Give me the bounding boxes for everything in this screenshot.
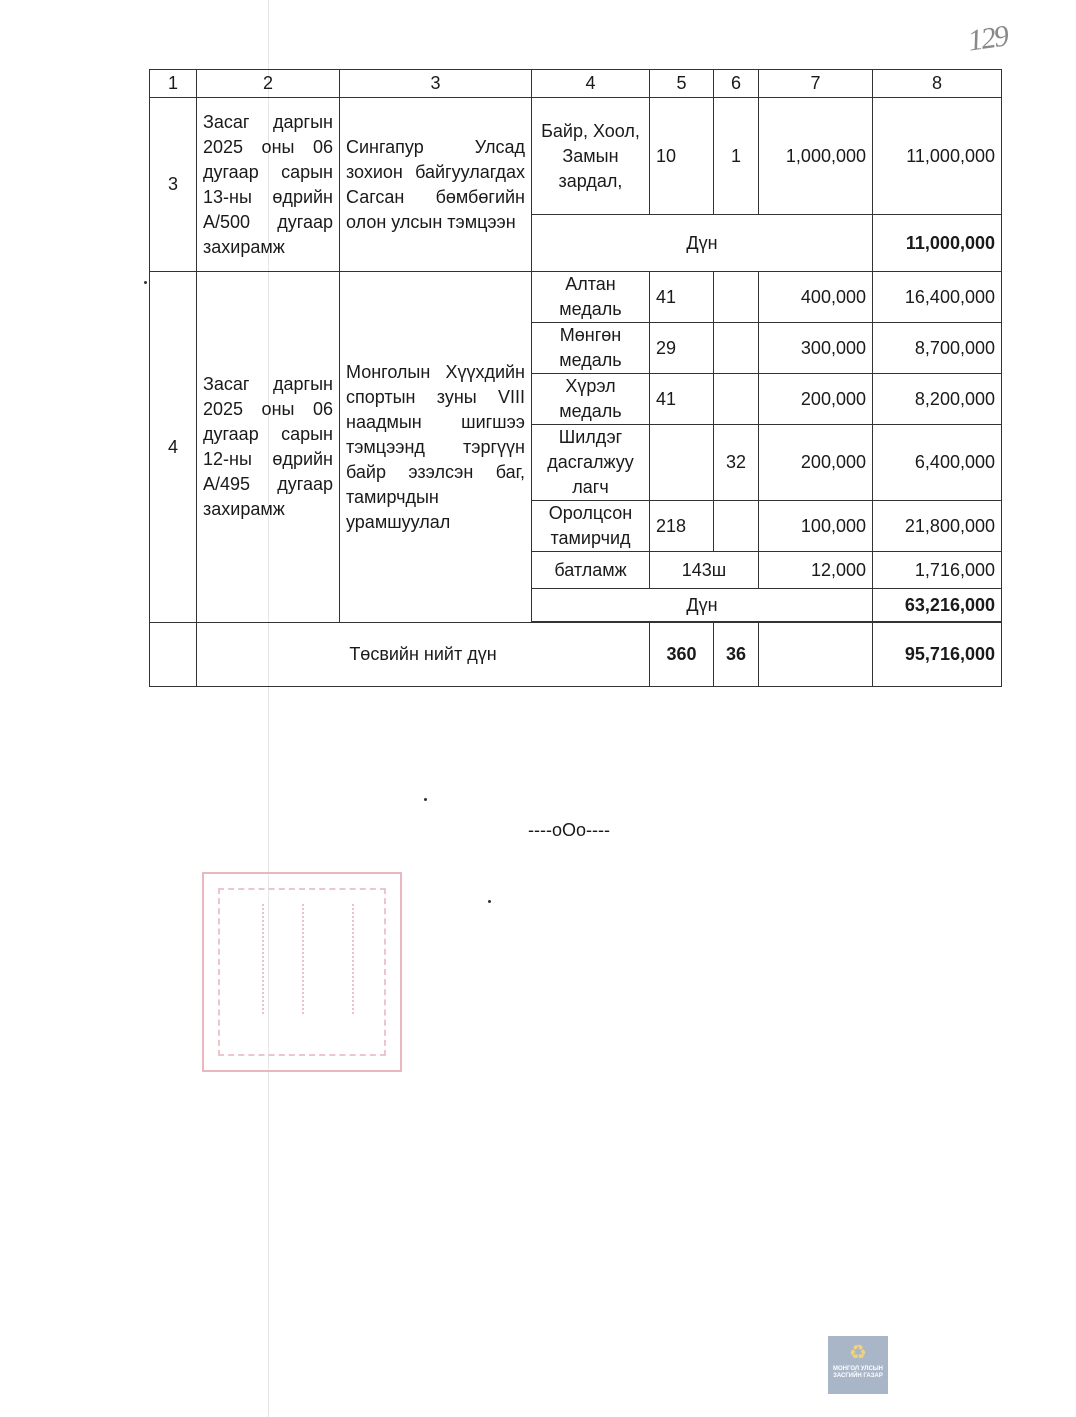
event-description: Монголын Хүүхдийн спортын зуны VIII наад… [340,272,532,623]
amount: 21,800,000 [873,501,1002,552]
unit-price: 200,000 [759,374,873,425]
amount: 1,716,000 [873,552,1002,589]
seal-script-line [262,904,270,1014]
amount: 6,400,000 [873,425,1002,501]
row-number: 4 [150,272,197,623]
quantity-col5 [650,425,714,501]
table-row: 3 Засаг даргын 2025 оны 06 дугаар сарын … [150,98,1002,215]
expense-type: Шилдэг дасгалжуу лагч [532,425,650,501]
expense-type: батламж [532,552,650,589]
amount: 11,000,000 [873,98,1002,215]
col-num-2: 2 [197,70,340,98]
unit-price: 100,000 [759,501,873,552]
unit-price: 400,000 [759,272,873,323]
expense-type: Оролцсон тамирчид [532,501,650,552]
empty-cell [150,623,197,687]
row-number: 3 [150,98,197,272]
unit-price: 200,000 [759,425,873,501]
col-num-4: 4 [532,70,650,98]
logo-text-line1: МОНГОЛ УЛСЫН [828,1366,888,1373]
official-seal-stamp [202,872,402,1072]
quantity-col6 [714,501,759,552]
order-reference: Засаг даргын 2025 оны 06 дугаар сарын 12… [197,272,340,623]
expense-type: Байр, Хоол, Замын зардал, [532,98,650,215]
quantity-col5: 10 [650,98,714,215]
seal-script-line [352,904,360,1014]
expense-type: Алтан медаль [532,272,650,323]
scan-speck [144,281,147,284]
subtotal-label: Дүн [532,215,873,272]
grand-total-label: Төсвийн нийт дүн [197,623,650,687]
subtotal-amount: 63,216,000 [873,589,1002,622]
col-num-8: 8 [873,70,1002,98]
quantity-col5: 218 [650,501,714,552]
col-num-3: 3 [340,70,532,98]
quantity-col6 [714,374,759,425]
column-number-row: 1 2 3 4 5 6 7 8 [150,70,1002,98]
unit-price: 1,000,000 [759,98,873,215]
unit-price: 300,000 [759,323,873,374]
empty-cell [759,623,873,687]
expense-type: Мөнгөн медаль [532,323,650,374]
budget-table: 1 2 3 4 5 6 7 8 3 Засаг даргын 2025 оны … [149,69,1002,687]
expense-type: Хүрэл медаль [532,374,650,425]
grand-total-amount: 95,716,000 [873,623,1002,687]
col-num-5: 5 [650,70,714,98]
grand-total-col5: 360 [650,623,714,687]
table-row: 4 Засаг даргын 2025 оны 06 дугаар сарын … [150,272,1002,323]
quantity-col5: 41 [650,272,714,323]
col-num-1: 1 [150,70,197,98]
certificate-quantity: 143ш [650,552,759,589]
subtotal-amount: 11,000,000 [873,215,1002,272]
quantity-col5: 41 [650,374,714,425]
government-logo: ♻ МОНГОЛ УЛСЫН ЗАСГИЙН ГАЗАР [828,1336,888,1394]
quantity-col6: 1 [714,98,759,215]
grand-total-row: Төсвийн нийт дүн 360 36 95,716,000 [150,623,1002,687]
quantity-col5: 29 [650,323,714,374]
amount: 16,400,000 [873,272,1002,323]
logo-text-line2: ЗАСГИЙН ГАЗАР [828,1373,888,1380]
order-reference: Засаг даргын 2025 оны 06 дугаар сарын 13… [197,98,340,272]
end-of-document-mark: ----oOo---- [528,820,610,841]
unit-price: 12,000 [759,552,873,589]
scan-speck [424,798,427,801]
quantity-col6: 32 [714,425,759,501]
quantity-col6 [714,323,759,374]
grand-total-col6: 36 [714,623,759,687]
col-num-7: 7 [759,70,873,98]
seal-script-line [302,904,310,1014]
quantity-col6 [714,272,759,323]
event-description: Сингапур Улсад зохион байгуулагдах Сагса… [340,98,532,272]
subtotal-label: Дүн [532,589,873,622]
amount: 8,200,000 [873,374,1002,425]
scan-speck [488,900,491,903]
soyombo-emblem-icon: ♻ [828,1340,888,1366]
handwritten-page-number: 129 [966,19,1009,58]
col-num-6: 6 [714,70,759,98]
amount: 8,700,000 [873,323,1002,374]
